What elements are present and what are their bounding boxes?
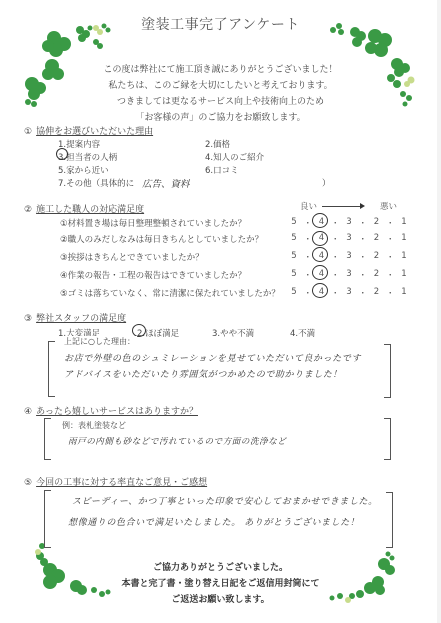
reason-line-1[interactable]: お店で外壁の色のシュミレーションを見せていただいて良かったです	[64, 351, 361, 364]
scale-bad-label: 悪い	[380, 200, 397, 212]
section1-option-7-label: 7.その他（具体的に	[58, 177, 134, 189]
rating-question-3: ③挨拶はきちんとできていましたか？	[60, 251, 204, 263]
section-number: ②	[24, 205, 32, 215]
comment-box-left-bracket	[44, 490, 51, 548]
section4-heading: ④あったら嬉しいサービスはありますか？	[24, 404, 198, 417]
section-number: ④	[24, 407, 32, 417]
reason-box-right-bracket	[384, 344, 391, 398]
section1-option-2[interactable]: 2.価格	[205, 138, 230, 150]
intro-text: この度は弊社にて施工頂き誠にありがとうございました！ 私たちは、このご縁を大切に…	[0, 62, 441, 126]
comment-line-2[interactable]: 想像通りの色合いで満足いたしました。 ありがとうございました！	[68, 515, 359, 528]
footer-line: ご協力ありがとうございました。	[0, 560, 441, 576]
section-number: ①	[24, 127, 32, 137]
section3-heading: ③弊社スタッフの満足度	[24, 311, 126, 324]
scale-arrow-icon	[322, 206, 362, 207]
section1-option-6[interactable]: 6.口コミ	[205, 164, 239, 176]
section1-other-input[interactable]: 広告、資料	[142, 176, 190, 190]
rating-question-2: ②職人のみだしなみは毎日きちんとしていましたか？	[60, 233, 263, 245]
section-label: 今回の工事に対する率直なご意見・ご感想	[36, 478, 207, 488]
section-label: 協伸をお選びいただいた理由	[36, 127, 153, 137]
section-label: 弊社スタッフの満足度	[36, 314, 126, 324]
section-number: ③	[24, 314, 32, 324]
page-title: 塗装工事完了アンケート	[0, 14, 441, 34]
section-label: あったら嬉しいサービスはありますか？	[36, 407, 198, 417]
reason-label: 上記に○した理由：	[62, 336, 137, 347]
service-box-right-bracket	[384, 418, 391, 460]
selection-circle	[56, 148, 68, 160]
service-example: 例：表札塗装など	[62, 420, 126, 431]
section1-option-5[interactable]: 5.家から近い	[58, 164, 109, 176]
reason-box-left-bracket	[48, 341, 55, 397]
section1-other-close: ）	[322, 177, 331, 189]
rating-scale-4[interactable]: 5・4・3・2・1	[289, 269, 409, 281]
reason-line-2[interactable]: アドバイスをいただいたり雰囲気がつかめたので助かりました！	[64, 367, 342, 380]
rating-selection-circle	[312, 231, 328, 246]
section1-option-4[interactable]: 4.知人のご紹介	[205, 151, 264, 163]
section-label: 施工した職人の対応満足度	[36, 205, 144, 215]
intro-line: つきましては更なるサービス向上や技術向上のため	[0, 94, 441, 110]
rating-scale-5[interactable]: 5・4・3・2・1	[289, 287, 409, 299]
rating-question-5: ⑤ゴミは落ちていなく、常に清潔に保たれていましたか？	[60, 287, 280, 299]
rating-question-1: ①材料置き場は毎日整理整頓されていましたか？	[60, 217, 246, 229]
footer-message: ご協力ありがとうございました。 本書と完了書・塗り替え日記をご返信用封筒にて ご…	[0, 560, 441, 608]
section3-option-4[interactable]: 4.不満	[290, 327, 315, 339]
rating-scale-2[interactable]: 5・4・3・2・1	[289, 233, 409, 245]
rating-selection-circle	[312, 213, 328, 228]
section1-heading: ①協伸をお選びいただいた理由	[24, 124, 153, 137]
scale-good-label: 良い	[300, 200, 317, 212]
section2-heading: ②施工した職人の対応満足度	[24, 202, 144, 215]
section-number: ⑤	[24, 478, 32, 488]
rating-selection-circle	[312, 247, 328, 262]
rating-scale-3[interactable]: 5・4・3・2・1	[289, 251, 409, 263]
survey-page: 塗装工事完了アンケート この度は弊社にて施工頂き誠にありがとうございました！ 私…	[0, 0, 441, 623]
comment-box-right-bracket	[386, 492, 393, 548]
rating-selection-circle	[312, 283, 328, 298]
intro-line: この度は弊社にて施工頂き誠にありがとうございました！	[0, 62, 441, 78]
rating-question-4: ④作業の報告・工程の報告はできていましたか？	[60, 269, 246, 281]
service-answer[interactable]: 雨戸の内側も砂などで汚れているので方面の洗浄など	[68, 435, 286, 447]
comment-line-1[interactable]: スピーディー、かつ丁寧といった印象で安心しておまかせできました。	[72, 494, 378, 507]
footer-line: 本書と完了書・塗り替え日記をご返信用封筒にて	[0, 576, 441, 592]
intro-line: 私たちは、このご縁を大切にしたいと考えております。	[0, 78, 441, 94]
footer-line: ご返送お願い致します。	[0, 592, 441, 608]
section3-option-3[interactable]: 3.やや不満	[212, 327, 254, 339]
service-box-left-bracket	[44, 418, 51, 460]
rating-selection-circle	[312, 265, 328, 280]
section5-heading: ⑤今回の工事に対する率直なご意見・ご感想	[24, 475, 207, 488]
rating-scale-1[interactable]: 5・4・3・2・1	[289, 217, 409, 229]
